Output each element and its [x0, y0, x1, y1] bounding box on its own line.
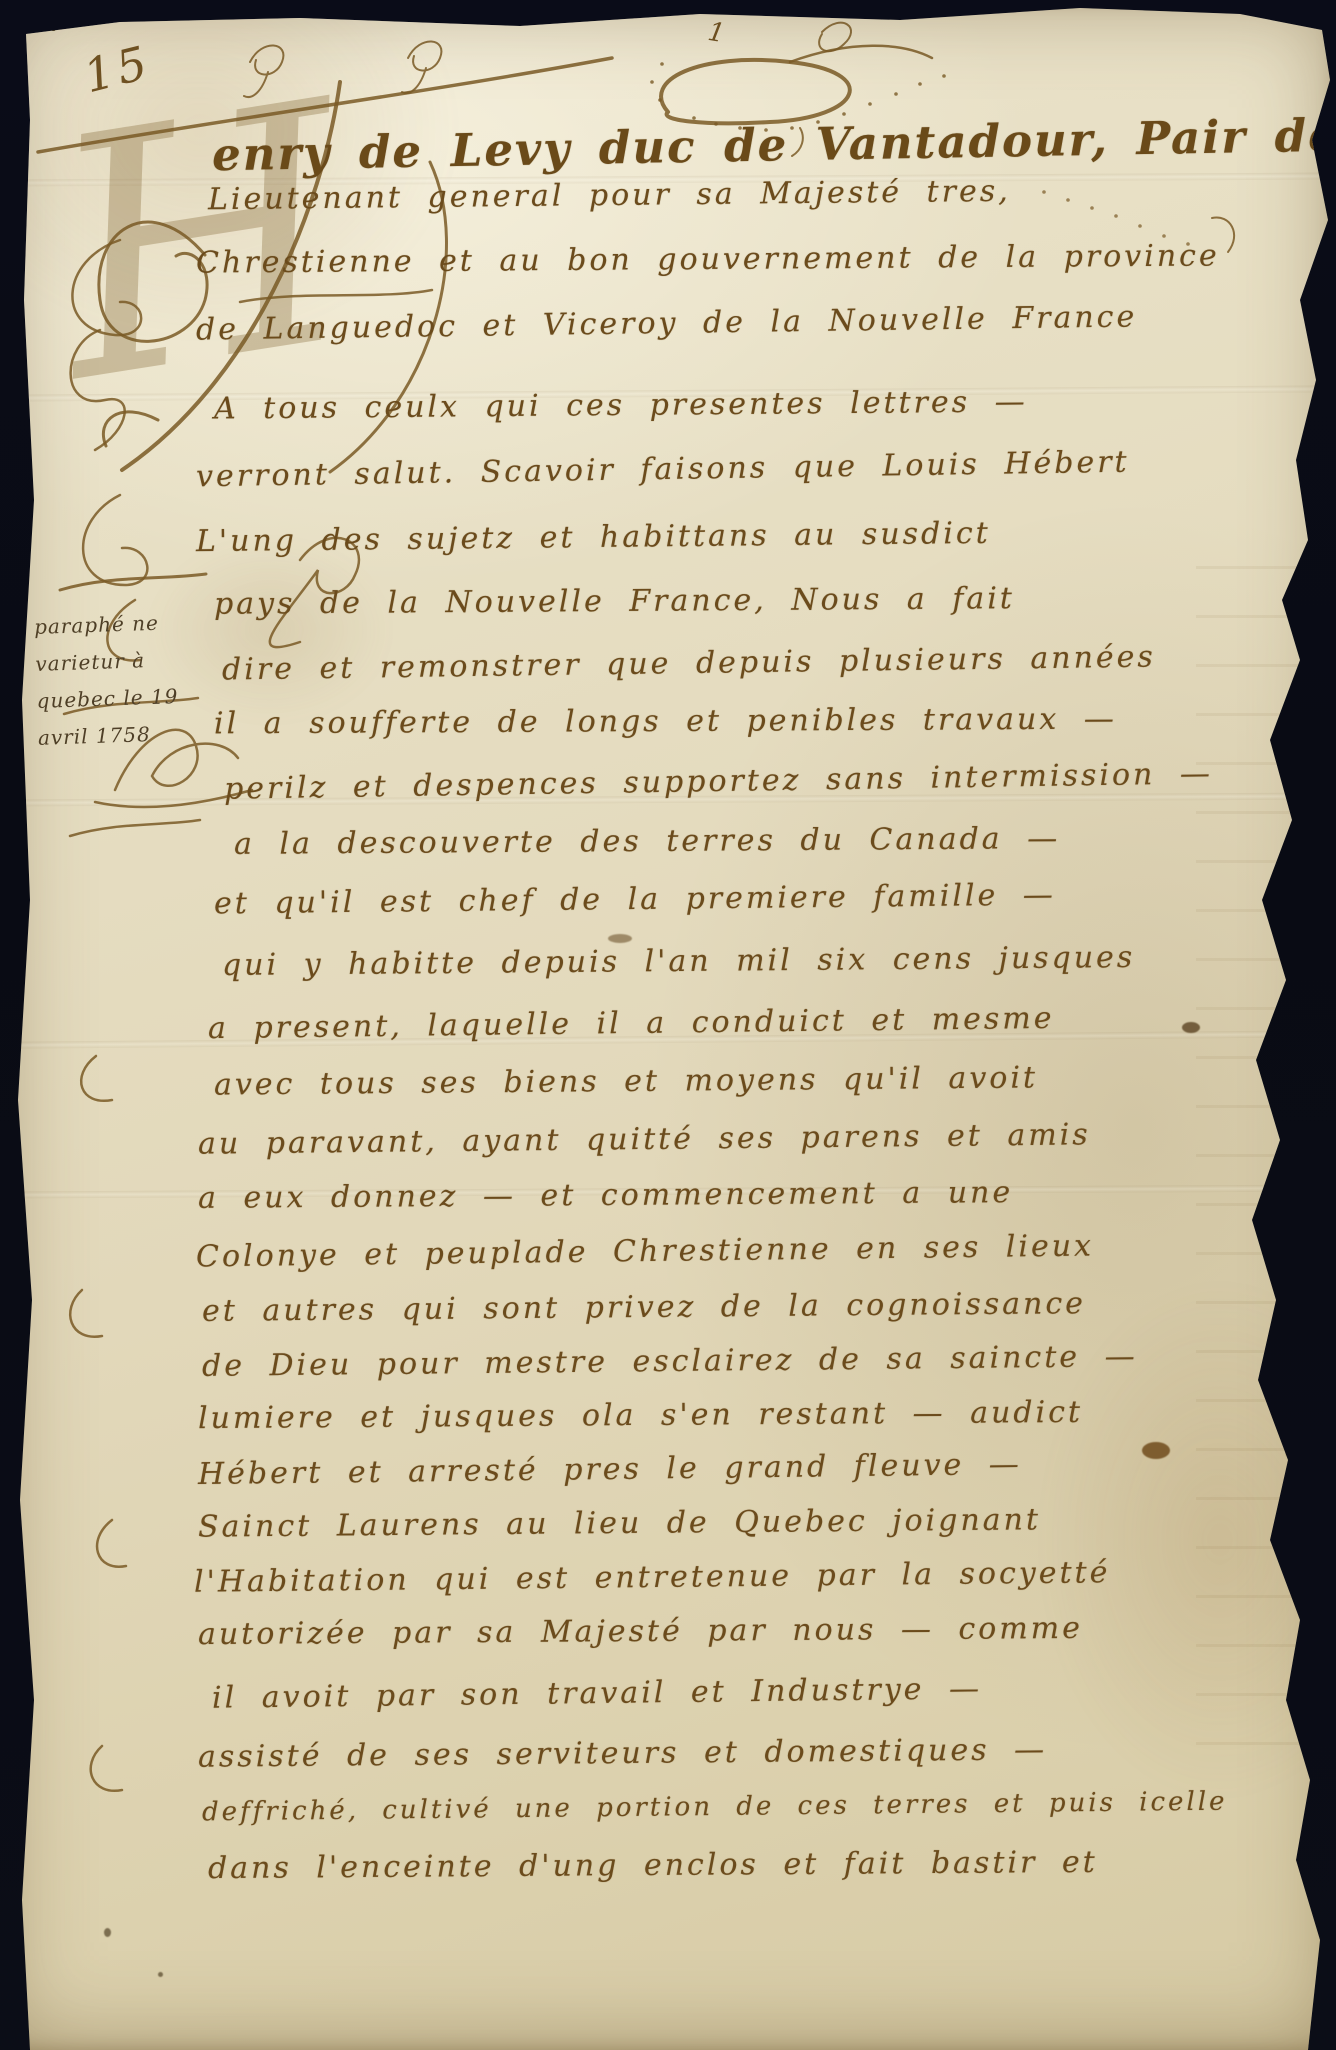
ink-blot — [1286, 1450, 1297, 1458]
manuscript-page: x 15 1 H enry de Levy duc de Vantadour, … — [0, 0, 1336, 2050]
scan-background: x 15 1 H enry de Levy duc de Vantadour, … — [0, 0, 1336, 2050]
paper-edge-shading — [0, 0, 1336, 2050]
